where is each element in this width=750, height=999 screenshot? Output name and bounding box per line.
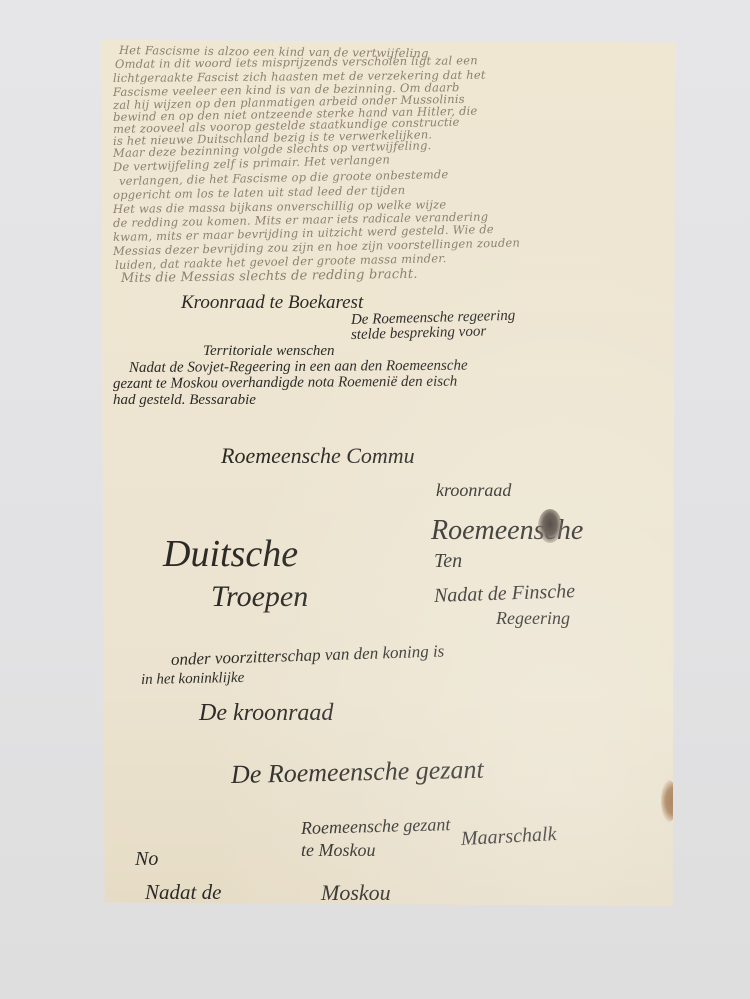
note-onder-voorzitterschap: onder voorzitterschap van den koning is bbox=[171, 641, 445, 670]
manuscript-page: Het Fascisme is alzoo een kind van de ve… bbox=[101, 40, 675, 906]
note-roemeensche-regeering: De Roemeensche regeering bbox=[351, 308, 516, 329]
pencil-line: met zooveel als voorop gestelde staatkun… bbox=[113, 115, 460, 136]
pencil-line: bewind en op den niet ontzeende sterke h… bbox=[113, 104, 478, 124]
note-regeering: Regeering bbox=[496, 608, 570, 629]
note-kroonraad-2: kroonraad bbox=[436, 480, 511, 501]
note-stelde-bespreking: stelde bespreking voor bbox=[351, 323, 487, 344]
note-de-roemeensche-gezant: De Roemeensche gezant bbox=[231, 755, 484, 790]
pencil-line: Mits die Messias slechts de redding brac… bbox=[121, 267, 418, 286]
note-nadat-sovjet-1: Nadat de Sovjet-Regeering in een aan den… bbox=[129, 358, 468, 377]
note-nadat-de: Nadat de bbox=[145, 880, 221, 905]
note-maarschalk: Maarschalk bbox=[460, 823, 557, 851]
note-nadat-finsche: Nadat de Finsche bbox=[434, 580, 576, 608]
pencil-line: Fascisme veeleer een kind is van de bezi… bbox=[113, 80, 460, 99]
pencil-line: is het nieuwe Duitschland bezig is te ve… bbox=[113, 127, 433, 148]
edge-stain bbox=[661, 780, 677, 822]
pencil-line: kwam, mits er maar bevrijding in uitzich… bbox=[113, 222, 494, 244]
note-moskou-2: Moskou bbox=[321, 904, 391, 929]
note-roemeensche-2: Roemeensche bbox=[431, 515, 583, 547]
heading-kroonraad: Kroonraad te Boekarest bbox=[181, 292, 363, 314]
note-finsche-regeering: Finsche regeering bbox=[145, 904, 262, 924]
note-troepen: Troepen bbox=[211, 580, 308, 614]
pencil-line: Maar deze bezinning volgde slechts op ve… bbox=[113, 138, 432, 160]
pencil-line: Het Fascisme is alzoo een kind van de ve… bbox=[119, 43, 429, 60]
pencil-line: Het was die massa bijkans onverschillig … bbox=[113, 197, 447, 216]
note-te-moskou: te Moskou bbox=[301, 840, 375, 861]
pencil-line: de redding zou komen. Mits er maar iets … bbox=[113, 209, 489, 230]
note-de-kroonraad: De kroonraad bbox=[199, 700, 333, 727]
note-territoriale-wenschen: Territoriale wenschen bbox=[203, 343, 335, 360]
note-nadat-sovjet-2: gezant te Moskou overhandigde nota Roeme… bbox=[113, 374, 457, 393]
note-in-het-koninklijk: in het koninklijke bbox=[141, 670, 245, 689]
note-duitsche: Duitsche bbox=[163, 532, 298, 576]
pencil-line: De vertwijfeling zelf is primair. Het ve… bbox=[113, 152, 390, 174]
note-roemeensche-commu: Roemeensche Commu bbox=[221, 443, 415, 469]
pencil-line: Messias dezer bevrijding zou zijn en hoe… bbox=[113, 235, 520, 258]
note-ten: Ten bbox=[434, 550, 462, 573]
pencil-line: Omdat in dit woord iets misprijzends ver… bbox=[115, 53, 478, 71]
pencil-line: opgericht om los te laten uit stad leed … bbox=[113, 183, 406, 202]
note-moskou-1: Moskou bbox=[321, 880, 391, 906]
note-nadat-sovjet-3: had gesteld. Bessarabie bbox=[113, 392, 256, 409]
pencil-line: lichtgeraakte Fascist zich haasten met d… bbox=[113, 68, 486, 85]
pencil-line: zal hij wijzen op den planmatigen arbeid… bbox=[113, 92, 465, 112]
note-roemeensche-gezant-2: Roemeensche gezant bbox=[301, 814, 451, 839]
pencil-line: luiden, dat raakte het gevoel der groote… bbox=[115, 251, 447, 272]
note-no: No bbox=[135, 848, 158, 871]
ink-stain bbox=[538, 509, 562, 543]
pencil-line: verlangen, die het Fascisme op die groot… bbox=[119, 167, 449, 188]
